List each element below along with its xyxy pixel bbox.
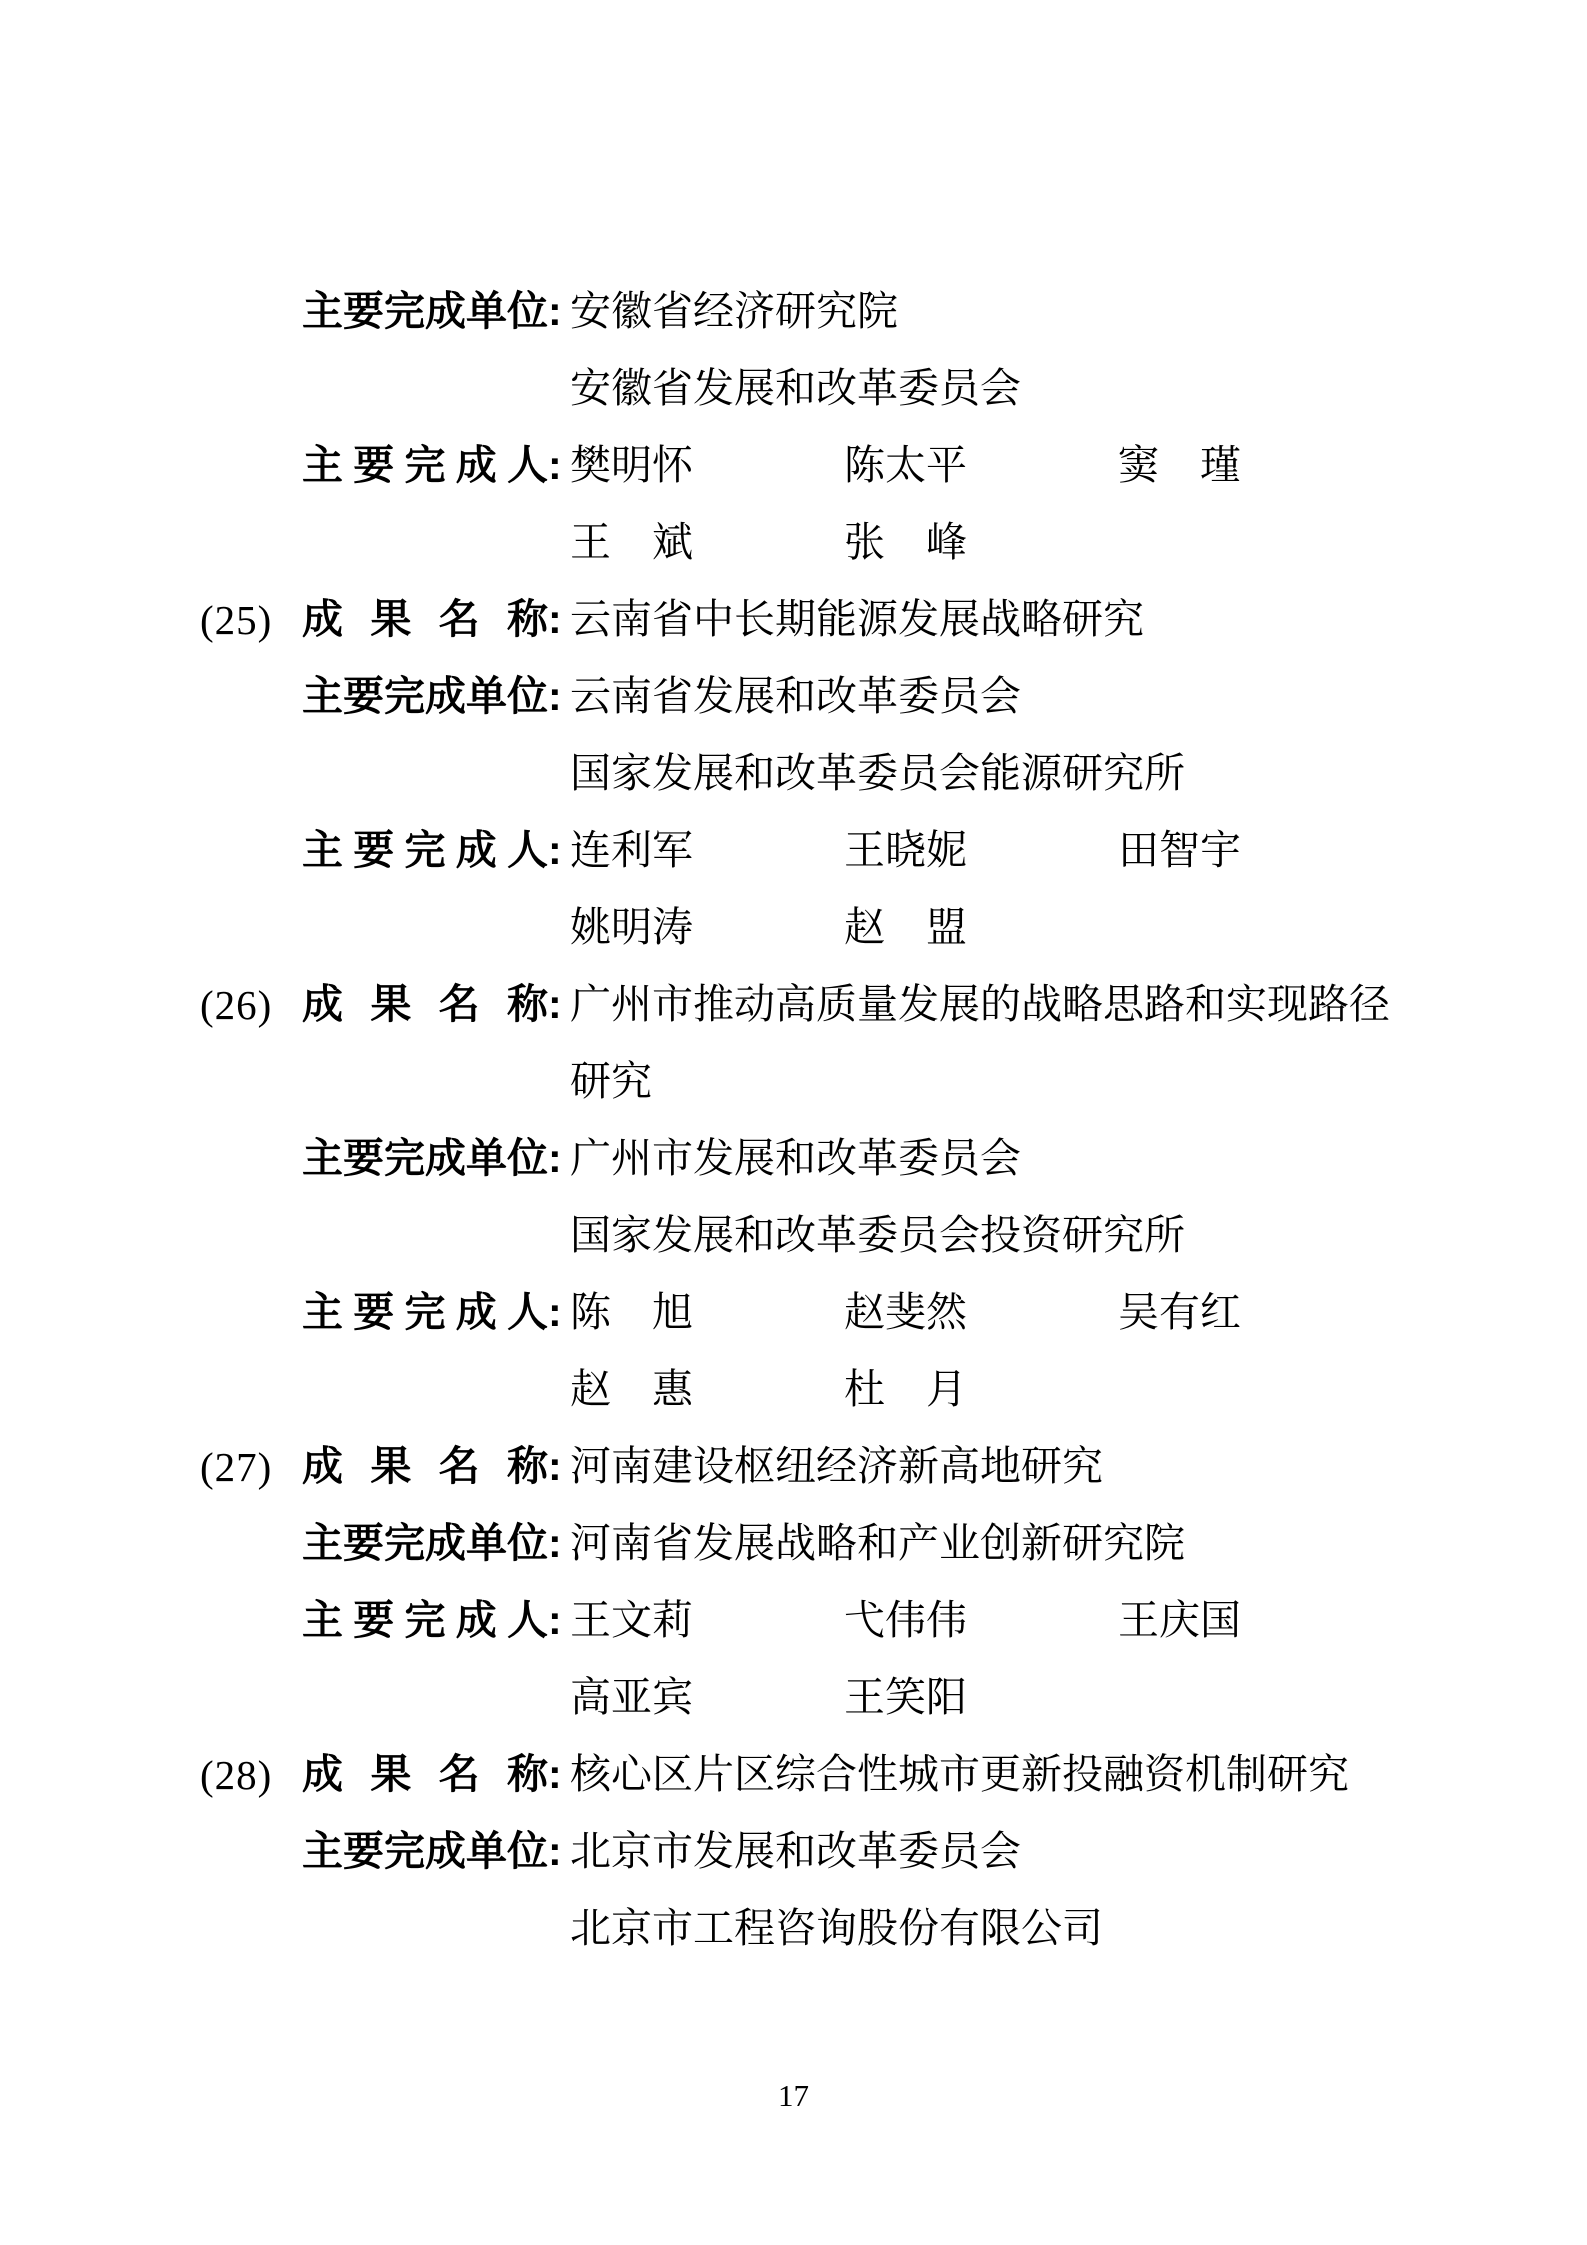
person-names: 姚明涛赵 盟 [570,907,1118,948]
unit-name: 北京市发展和改革委员会 [570,1831,1021,1872]
person-name: 连利军 [570,830,844,871]
field-label: 成果名称 [302,599,548,640]
label-char: 要 [353,1600,394,1641]
label-char: 单 [466,1831,507,1872]
label-char: 要 [343,1523,384,1564]
person-name: 王文莉 [570,1600,844,1641]
row-persons-cont: 赵 惠杜 月 [0,1351,1587,1428]
field-label: 主要完成单位 [302,1831,548,1872]
person-names: 王 斌张 峰 [570,522,1118,563]
label-colon: : [548,1831,570,1872]
person-name: 吴有红 [1118,1292,1392,1333]
label-char: 称 [507,1446,548,1487]
row-unit: 主要完成单位:北京市发展和改革委员会 [0,1813,1587,1890]
row-item-start: (28)成果名称:核心区片区综合性城市更新投融资机制研究 [0,1736,1587,1813]
label-char: 单 [466,1523,507,1564]
item-number: (26) [200,981,302,1029]
label-char: 要 [343,676,384,717]
label-char: 完 [405,1600,446,1641]
row-item-start: (26)成果名称:广州市推动高质量发展的战略思路和实现路径 [0,966,1587,1043]
label-char: 单 [466,1138,507,1179]
row-unit: 主要完成单位:云南省发展和改革委员会 [0,658,1587,735]
label-char: 完 [384,1831,425,1872]
achievement-title: 核心区片区综合性城市更新投融资机制研究 [570,1754,1349,1795]
label-colon: : [548,445,570,486]
person-name: 弋伟伟 [844,1600,1118,1641]
person-name: 赵 惠 [570,1369,844,1410]
label-char: 要 [353,445,394,486]
label-char: 完 [405,1292,446,1333]
label-char: 要 [353,830,394,871]
label-char: 成 [302,599,343,640]
label-colon: : [548,1754,570,1795]
page-number: 17 [0,2078,1587,2114]
unit-name: 北京市工程咨询股份有限公司 [570,1908,1103,1949]
row-persons: 主要完成人:樊明怀陈太平窦 瑾 [0,427,1587,504]
row-unit: 主要完成单位:安徽省经济研究院 [0,273,1587,350]
label-char: 称 [507,599,548,640]
row-unit-cont: 国家发展和改革委员会能源研究所 [0,735,1587,812]
label-char: 名 [439,1446,480,1487]
row-persons: 主要完成人:陈 旭赵斐然吴有红 [0,1274,1587,1351]
label-char: 人 [507,830,548,871]
person-name: 王 斌 [570,522,844,563]
person-names: 樊明怀陈太平窦 瑾 [570,445,1392,486]
label-char: 位 [507,676,548,717]
label-char: 主 [302,1292,343,1333]
label-char: 要 [343,291,384,332]
label-char: 主 [302,1831,343,1872]
label-char: 成 [456,445,497,486]
label-char: 果 [370,1754,411,1795]
field-label: 主要完成人 [302,830,548,871]
label-char: 人 [507,1600,548,1641]
label-char: 主 [302,676,343,717]
row-item-start: (27)成果名称:河南建设枢纽经济新高地研究 [0,1428,1587,1505]
field-label: 主要完成人 [302,1292,548,1333]
row-persons-cont: 王 斌张 峰 [0,504,1587,581]
label-char: 单 [466,291,507,332]
person-name: 赵 盟 [844,907,1118,948]
person-name: 陈太平 [844,445,1118,486]
label-colon: : [548,676,570,717]
label-char: 成 [425,1831,466,1872]
person-name: 赵斐然 [844,1292,1118,1333]
person-names: 王文莉弋伟伟王庆国 [570,1600,1392,1641]
person-name: 田智宇 [1118,830,1392,871]
label-colon: : [548,1446,570,1487]
person-names: 连利军王晓妮田智宇 [570,830,1392,871]
label-char: 主 [302,1523,343,1564]
label-char: 完 [405,445,446,486]
label-char: 名 [439,1754,480,1795]
label-char: 成 [456,1600,497,1641]
person-name: 陈 旭 [570,1292,844,1333]
label-colon: : [548,984,570,1025]
label-char: 位 [507,291,548,332]
document-page: 主要完成单位:安徽省经济研究院安徽省发展和改革委员会主要完成人:樊明怀陈太平窦 … [0,0,1587,2245]
label-char: 完 [405,830,446,871]
label-colon: : [548,291,570,332]
label-char: 主 [302,445,343,486]
item-number: (28) [200,1751,302,1799]
person-name: 姚明涛 [570,907,844,948]
item-number: (25) [200,596,302,644]
label-char: 果 [370,984,411,1025]
person-name: 窦 瑾 [1118,445,1392,486]
label-char: 主 [302,830,343,871]
label-char: 位 [507,1831,548,1872]
label-char: 单 [466,676,507,717]
unit-name: 安徽省发展和改革委员会 [570,368,1021,409]
person-names: 高亚宾王笑阳 [570,1677,1118,1718]
field-label: 主要完成人 [302,1600,548,1641]
unit-name: 广州市发展和改革委员会 [570,1138,1021,1179]
unit-name: 国家发展和改革委员会能源研究所 [570,753,1185,794]
row-title-cont: 研究 [0,1043,1587,1120]
label-char: 名 [439,984,480,1025]
label-char: 成 [456,830,497,871]
label-char: 称 [507,1754,548,1795]
person-name: 王庆国 [1118,1600,1392,1641]
label-colon: : [548,1292,570,1333]
label-colon: : [548,1523,570,1564]
label-char: 要 [343,1831,384,1872]
field-label: 主要完成单位 [302,1523,548,1564]
field-label: 主要完成单位 [302,291,548,332]
label-char: 成 [302,1754,343,1795]
field-label: 主要完成人 [302,445,548,486]
row-persons: 主要完成人:王文莉弋伟伟王庆国 [0,1582,1587,1659]
label-colon: : [548,830,570,871]
achievement-title-continued: 研究 [570,1061,652,1102]
item-number: (27) [200,1443,302,1491]
person-name: 樊明怀 [570,445,844,486]
label-char: 主 [302,1138,343,1179]
row-unit-cont: 北京市工程咨询股份有限公司 [0,1890,1587,1967]
field-label: 主要完成单位 [302,676,548,717]
field-label: 主要完成单位 [302,1138,548,1179]
label-char: 位 [507,1138,548,1179]
achievement-title: 河南建设枢纽经济新高地研究 [570,1446,1103,1487]
row-unit: 主要完成单位:河南省发展战略和产业创新研究院 [0,1505,1587,1582]
label-char: 成 [302,984,343,1025]
person-name: 高亚宾 [570,1677,844,1718]
rows: 主要完成单位:安徽省经济研究院安徽省发展和改革委员会主要完成人:樊明怀陈太平窦 … [0,273,1587,1967]
row-persons-cont: 姚明涛赵 盟 [0,889,1587,966]
label-char: 成 [456,1292,497,1333]
unit-name: 国家发展和改革委员会投资研究所 [570,1215,1185,1256]
unit-name: 安徽省经济研究院 [570,291,898,332]
label-char: 成 [425,1138,466,1179]
label-char: 人 [507,1292,548,1333]
unit-name: 河南省发展战略和产业创新研究院 [570,1523,1185,1564]
label-char: 位 [507,1523,548,1564]
label-char: 人 [507,445,548,486]
person-name: 王晓妮 [844,830,1118,871]
row-item-start: (25)成果名称:云南省中长期能源发展战略研究 [0,581,1587,658]
label-char: 要 [353,1292,394,1333]
person-name: 杜 月 [844,1369,1118,1410]
person-name: 王笑阳 [844,1677,1118,1718]
person-names: 赵 惠杜 月 [570,1369,1118,1410]
field-label: 成果名称 [302,1446,548,1487]
label-colon: : [548,599,570,640]
label-char: 果 [370,1446,411,1487]
label-char: 成 [425,676,466,717]
unit-name: 云南省发展和改革委员会 [570,676,1021,717]
row-unit-cont: 国家发展和改革委员会投资研究所 [0,1197,1587,1274]
label-char: 成 [302,1446,343,1487]
field-label: 成果名称 [302,1754,548,1795]
label-char: 完 [384,1138,425,1179]
row-persons-cont: 高亚宾王笑阳 [0,1659,1587,1736]
achievement-title: 云南省中长期能源发展战略研究 [570,599,1144,640]
person-name: 张 峰 [844,522,1118,563]
label-char: 果 [370,599,411,640]
label-char: 名 [439,599,480,640]
person-names: 陈 旭赵斐然吴有红 [570,1292,1392,1333]
label-char: 主 [302,1600,343,1641]
row-unit: 主要完成单位:广州市发展和改革委员会 [0,1120,1587,1197]
achievement-title: 广州市推动高质量发展的战略思路和实现路径 [570,984,1390,1025]
label-colon: : [548,1138,570,1179]
label-char: 成 [425,291,466,332]
label-char: 称 [507,984,548,1025]
label-char: 完 [384,676,425,717]
field-label: 成果名称 [302,984,548,1025]
label-char: 完 [384,291,425,332]
label-colon: : [548,1600,570,1641]
label-char: 主 [302,291,343,332]
row-persons: 主要完成人:连利军王晓妮田智宇 [0,812,1587,889]
label-char: 完 [384,1523,425,1564]
label-char: 要 [343,1138,384,1179]
row-unit-cont: 安徽省发展和改革委员会 [0,350,1587,427]
label-char: 成 [425,1523,466,1564]
